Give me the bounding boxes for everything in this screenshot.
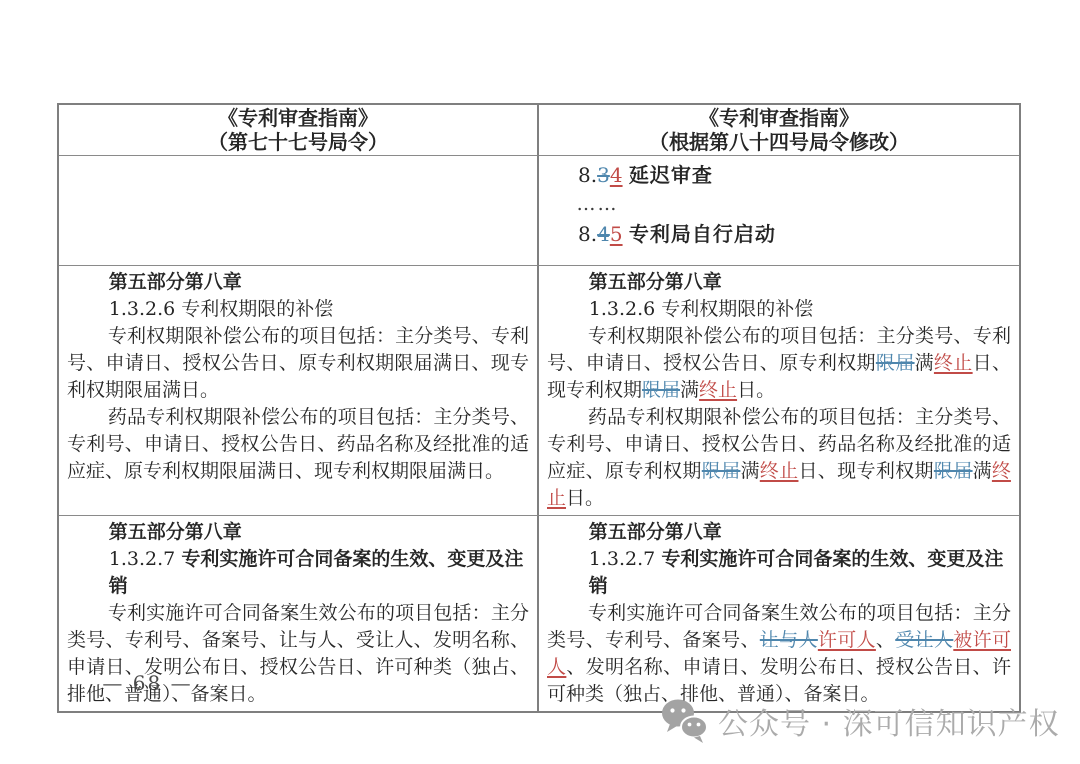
text-run: 1.3.2.6 专利权期限的补偿 [589, 298, 814, 320]
text-run: 8. [578, 222, 597, 246]
text-run: 日、现专利权期 [798, 460, 933, 482]
watermark: 公众号 · 深可信知识产权 [660, 698, 1060, 744]
bold-text: 专利局自行启动 [629, 222, 776, 246]
inserted-text: 终止 [699, 379, 737, 401]
paragraph-para: 药品专利权期限补偿公布的项目包括：主分类号、专利号、申请日、授权公告日、药品名称… [547, 404, 1011, 512]
deleted-text: 让与人 [760, 629, 818, 651]
text-run: 第五部分第八章 [589, 521, 722, 543]
header-subtitle-new: （根据第八十四号局令修改） [649, 130, 909, 154]
deleted-text: 3 [597, 163, 610, 187]
inserted-text: 许可人 [818, 629, 876, 651]
paragraph-para: 药品专利权期限补偿公布的项目包括：主分类号、专利号、申请日、授权公告日、药品名称… [67, 404, 529, 485]
cell-row2-new: 第五部分第八章1.3.2.6 专利权期限的补偿专利权期限补偿公布的项目包括：主分… [539, 265, 1019, 515]
text-run: 药品专利权期限补偿公布的项目包括：主分类号、专利号、申请日、授权公告日、药品名称… [67, 406, 529, 482]
paragraph-chapter: 第五部分第八章 [67, 519, 529, 546]
text-run: 满 [740, 460, 759, 482]
header-title-new: 《专利审查指南》 [699, 106, 859, 130]
paragraph-ellipsis: …… [547, 191, 1011, 218]
paragraph-hnum: 8.34 延迟审查 [547, 162, 1011, 189]
inserted-text: 5 [610, 222, 623, 246]
paragraph-para: 专利权期限补偿公布的项目包括：主分类号、专利号、申请日、授权公告日、原专利权期限… [67, 323, 529, 404]
paragraph-section: 1.3.2.6 专利权期限的补偿 [547, 296, 1011, 323]
text-run: 1.3.2.7 [589, 548, 662, 570]
cell-row1-old [59, 155, 539, 265]
inserted-text: 终止 [760, 460, 799, 482]
paragraph-para: 专利实施许可合同备案生效公布的项目包括：主分类号、专利号、备案号、让与人许可人、… [547, 600, 1011, 708]
table-header-left: 《专利审查指南》 （第七十七号局令） [59, 105, 539, 155]
paragraph-chapter: 第五部分第八章 [67, 269, 529, 296]
text-run: 满 [680, 379, 699, 401]
text-run: 1.3.2.7 [109, 548, 182, 570]
paragraph-section: 1.3.2.7 专利实施许可合同备案的生效、变更及注销 [67, 546, 529, 600]
cell-row3-new: 第五部分第八章1.3.2.7 专利实施许可合同备案的生效、变更及注销专利实施许可… [539, 515, 1019, 711]
text-run: 第五部分第八章 [109, 521, 242, 543]
text-run: 专利权期限补偿公布的项目包括：主分类号、专利号、申请日、授权公告日、原专利权期限… [67, 325, 529, 401]
text-run: …… [576, 252, 618, 265]
table-header-right: 《专利审查指南》 （根据第八十四号局令修改） [539, 105, 1019, 155]
text-run: 满 [915, 352, 934, 374]
bold-text: 延迟审查 [629, 163, 713, 187]
deleted-text: 受让人 [895, 629, 953, 651]
header-subtitle-old: （第七十七号局令） [208, 130, 388, 154]
deleted-text: 限届 [934, 460, 973, 482]
text-run: …… [576, 193, 618, 215]
text-run: 、 [876, 629, 895, 651]
text-run: 日。 [566, 487, 604, 509]
paragraph-ellipsis: …… [547, 250, 1011, 265]
wechat-icon [660, 698, 710, 744]
deleted-text: 4 [597, 222, 610, 246]
deleted-text: 限届 [876, 352, 915, 374]
watermark-text: 公众号 · 深可信知识产权 [718, 699, 1060, 743]
deleted-text: 限届 [642, 379, 680, 401]
text-run: 第五部分第八章 [589, 271, 722, 293]
text-run: 日。 [737, 379, 775, 401]
guideline-comparison-table: 《专利审查指南》 （第七十七号局令） 《专利审查指南》 （根据第八十四号局令修改… [57, 103, 1021, 713]
paragraph-section: 1.3.2.7 专利实施许可合同备案的生效、变更及注销 [547, 546, 1011, 600]
paragraph-hnum: 8.45 专利局自行启动 [547, 221, 1011, 248]
inserted-text: 4 [610, 163, 623, 187]
text-run: 第五部分第八章 [109, 271, 242, 293]
deleted-text: 限届 [702, 460, 741, 482]
cell-row1-new: 8.34 延迟审查……8.45 专利局自行启动…… [539, 155, 1019, 265]
cell-row2-old: 第五部分第八章1.3.2.6 专利权期限的补偿专利权期限补偿公布的项目包括：主分… [59, 265, 539, 515]
page-number: — 68 — [100, 671, 195, 695]
paragraph-section: 1.3.2.6 专利权期限的补偿 [67, 296, 529, 323]
text-run: 8. [578, 163, 597, 187]
paragraph-chapter: 第五部分第八章 [547, 269, 1011, 296]
paragraph-chapter: 第五部分第八章 [547, 519, 1011, 546]
inserted-text: 终止 [934, 352, 973, 374]
paragraph-para: 专利权期限补偿公布的项目包括：主分类号、专利号、申请日、授权公告日、原专利权期限… [547, 323, 1011, 404]
text-run: 满 [973, 460, 992, 482]
header-title-old: 《专利审查指南》 [218, 106, 378, 130]
text-run: 1.3.2.6 专利权期限的补偿 [109, 298, 334, 320]
